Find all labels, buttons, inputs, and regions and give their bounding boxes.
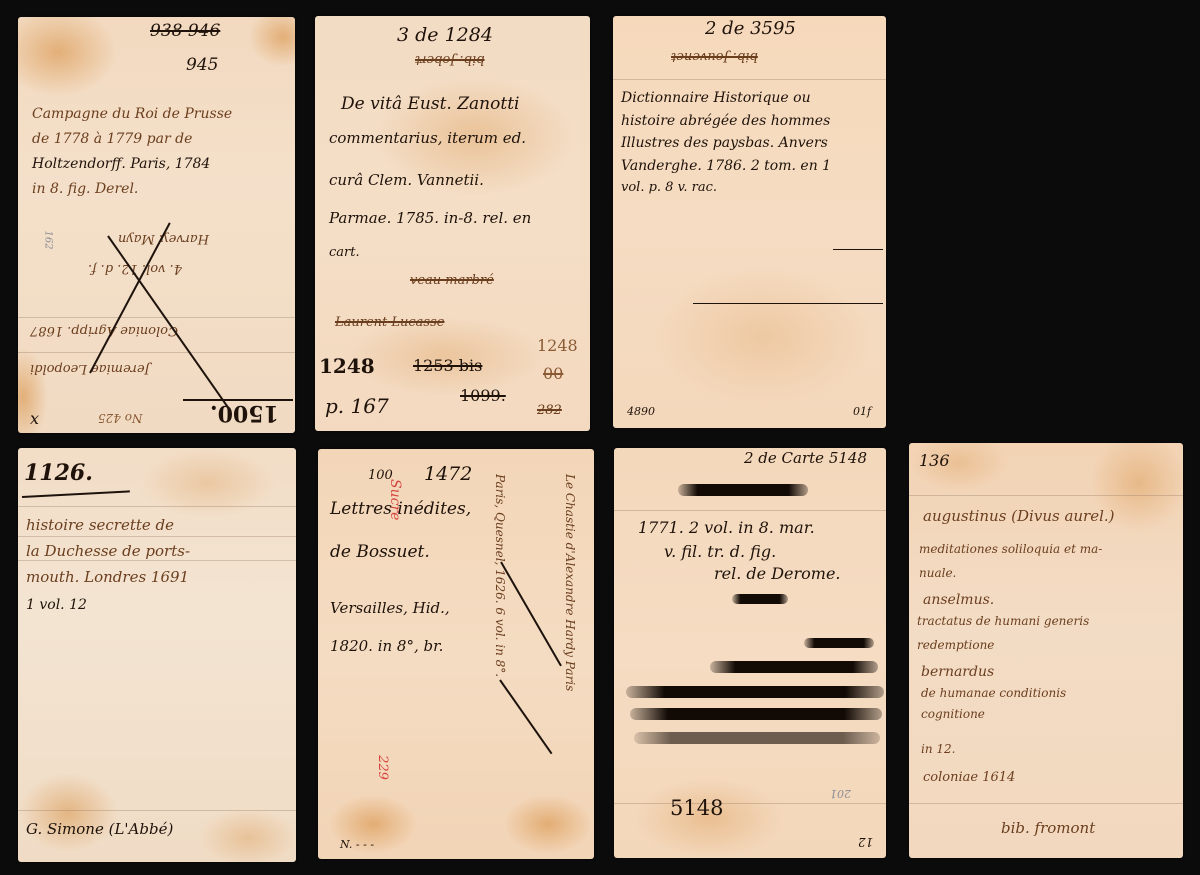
struck-number: 00 bbox=[543, 366, 563, 382]
card-line: Dictionnaire Historique ou bbox=[621, 91, 811, 105]
card-line: Versailles, Hid., bbox=[330, 601, 450, 616]
card-number: 136 bbox=[919, 453, 950, 469]
card-line: anselmus. bbox=[923, 593, 994, 607]
catalogue-card-bossuet: 100 1472 Sucre Lettres inédites, de Boss… bbox=[318, 449, 594, 859]
ink-blot bbox=[626, 686, 884, 698]
card-line: de Bossuet. bbox=[330, 544, 430, 561]
card-header: 2 de Carte 5148 bbox=[744, 451, 867, 466]
vertical-line: Paris, Quesnel, 1626. 6 vol. in 8°. bbox=[494, 474, 506, 677]
card-header: 3 de 1284 bbox=[397, 26, 493, 45]
upside-down-line: Coloniae Agripp. 1687 bbox=[30, 324, 178, 337]
card-line: Lettres inédites, bbox=[330, 501, 471, 518]
card-line: 1820. in 8°, br. bbox=[330, 639, 443, 654]
struck-number: 1099. bbox=[460, 388, 506, 404]
card-line: 1 vol. 12 bbox=[26, 598, 87, 612]
ink-blot bbox=[732, 594, 788, 604]
card-line: cart. bbox=[329, 246, 360, 259]
bottom-note: No 425 bbox=[98, 412, 142, 424]
card-line: in 12. bbox=[921, 743, 955, 755]
card-footer: N. - - - bbox=[340, 839, 374, 850]
card-line: coloniae 1614 bbox=[923, 771, 1015, 784]
card-line: histoire abrégée des hommes bbox=[621, 114, 830, 128]
card-line: Campagne du Roi de Prusse bbox=[32, 107, 232, 121]
card-line: mouth. Londres 1691 bbox=[26, 570, 189, 585]
card-header: 2 de 3595 bbox=[705, 20, 796, 38]
underline-stroke bbox=[22, 490, 130, 498]
ink-blot bbox=[804, 638, 874, 648]
card-line: curâ Clem. Vannetii. bbox=[329, 173, 484, 188]
card-number: 1472 bbox=[424, 465, 472, 484]
card-line: vol. p. 8 v. rac. bbox=[621, 181, 717, 194]
side-note: 201 bbox=[830, 788, 851, 799]
page-ref: p. 167 bbox=[325, 396, 389, 416]
card-footer: G. Simone (L'Abbé) bbox=[26, 822, 173, 837]
ink-blot bbox=[678, 484, 808, 496]
catalogue-card-campagne: 938 946 945 Campagne du Roi de Prusse de… bbox=[18, 17, 295, 433]
card-line: in 8. fig. Derel. bbox=[32, 182, 138, 196]
card-line: nuale. bbox=[919, 567, 956, 579]
strike-stroke bbox=[693, 303, 883, 304]
corner-number: 282 bbox=[537, 404, 562, 417]
diagonal-stroke bbox=[499, 679, 552, 754]
struck-number: 1253 bis bbox=[413, 358, 482, 374]
catalogue-card-augustinus: 136 augustinus (Divus aurel.) meditation… bbox=[909, 443, 1183, 858]
ink-blot bbox=[710, 661, 878, 673]
ink-blot bbox=[634, 732, 880, 744]
struck-header: bib. Jobert bbox=[415, 53, 485, 66]
vertical-line: Le Chastie d'Alexandre Hardy Paris bbox=[564, 474, 576, 691]
bottom-number: 1248 bbox=[319, 356, 375, 376]
side-note: 162 bbox=[43, 230, 53, 249]
bottom-right-number: 01f bbox=[853, 406, 871, 417]
card-line: histoire secrette de bbox=[26, 518, 174, 533]
catalogue-card-dictionnaire: 2 de 3595 bib. Jouvenet Dictionnaire His… bbox=[613, 16, 886, 428]
card-number: 945 bbox=[186, 57, 218, 74]
ink-blot bbox=[630, 708, 882, 720]
catalogue-card-zanotti: 3 de 1284 bib. Jobert De vitâ Eust. Zano… bbox=[315, 16, 590, 431]
card-line: de humanae conditionis bbox=[921, 687, 1066, 699]
card-line: bernardus bbox=[921, 665, 994, 679]
struck-line: Laurent Lucasse bbox=[335, 316, 444, 329]
corner-number: 12 bbox=[858, 836, 873, 848]
catalogue-card-derome: 2 de Carte 5148 1771. 2 vol. in 8. mar. … bbox=[614, 448, 886, 858]
card-line: commentarius, iterum ed. bbox=[329, 131, 526, 146]
card-line: redemptione bbox=[917, 639, 994, 651]
card-line: la Duchesse de ports- bbox=[26, 544, 190, 559]
card-line: 1771. 2 vol. in 8. mar. bbox=[638, 520, 815, 536]
card-line: augustinus (Divus aurel.) bbox=[923, 509, 1115, 524]
card-number: 1126. bbox=[24, 462, 93, 484]
strike-stroke bbox=[833, 249, 883, 250]
catalogue-card-portsmouth: 1126. histoire secrette de la Duchesse d… bbox=[18, 448, 296, 862]
card-line: cognitione bbox=[921, 708, 985, 720]
bottom-number: 1500. bbox=[210, 402, 279, 424]
corner-mark: x bbox=[30, 411, 39, 427]
bottom-number: 5148 bbox=[670, 798, 723, 819]
red-number: 229 bbox=[376, 755, 389, 780]
struck-line: veau marbré bbox=[410, 274, 494, 287]
struck-number: 938 946 bbox=[150, 23, 220, 40]
card-line: Vanderghe. 1786. 2 tom. en 1 bbox=[621, 159, 831, 173]
bottom-number: 1248 bbox=[537, 338, 578, 354]
card-line: de 1778 à 1779 par de bbox=[32, 132, 192, 146]
card-line: Parmae. 1785. in-8. rel. en bbox=[329, 211, 531, 226]
card-line: Illustres des paysbas. Anvers bbox=[621, 136, 828, 150]
card-footer: bib. fromont bbox=[1001, 821, 1095, 836]
struck-header: bib. Jouvenet bbox=[671, 50, 758, 63]
card-line: meditationes soliloquia et ma- bbox=[919, 543, 1102, 555]
card-line: Holtzendorff. Paris, 1784 bbox=[32, 157, 210, 171]
diagonal-stroke bbox=[500, 562, 562, 667]
card-line: De vitâ Eust. Zanotti bbox=[341, 96, 519, 113]
card-line: tractatus de humani generis bbox=[917, 615, 1089, 627]
card-line: v. fil. tr. d. fig. bbox=[664, 544, 776, 560]
card-line: rel. de Derome. bbox=[714, 566, 841, 582]
bottom-left-number: 4890 bbox=[627, 406, 655, 417]
